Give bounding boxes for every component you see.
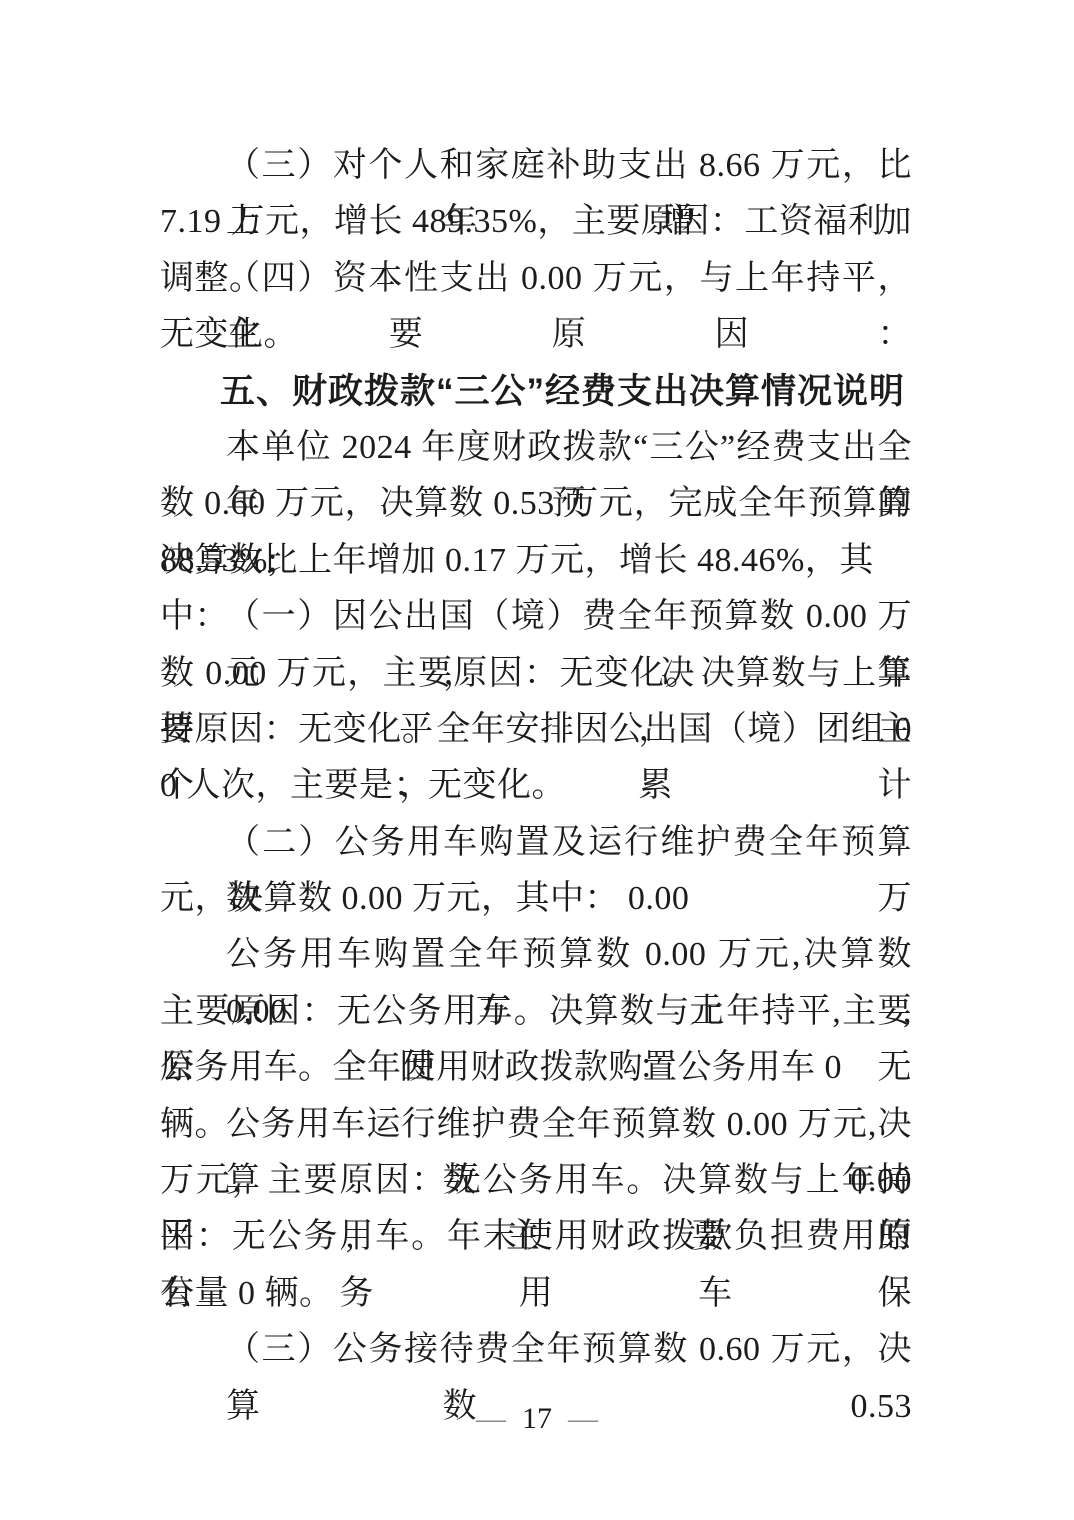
document-line: （一）因公出国（境）费全年预算数 0.00 万元，决算: [160, 589, 912, 645]
document-line: （四）资本性支出 0.00 万元，与上年持平，主要原因：: [160, 251, 912, 307]
document-line: 决算数比上年增加 0.17 万元，增长 48.46%，其中：: [160, 533, 912, 589]
document-line: （三）对个人和家庭补助支出 8.66 万元，比上年增加: [160, 138, 912, 194]
document-line: 公务用车购置全年预算数 0.00 万元,决算数 0.00 万元,: [160, 927, 912, 983]
document-line: 万元，主要原因：无公务用车。决算数与上年持平,主要原: [160, 1153, 912, 1209]
page-number: 17: [522, 1402, 552, 1435]
footer-right-dash: —: [568, 1402, 598, 1435]
document-line: 公务用车运行维护费全年预算数 0.00 万元,决算数 0.00: [160, 1097, 912, 1153]
document-line: 数 0.60 万元，决算数 0.53 万元，完成全年预算的 88.53%;: [160, 476, 912, 532]
document-line: 公务用车。全年使用财政拨款购置公务用车 0 辆。: [160, 1040, 912, 1096]
document-page: （三）对个人和家庭补助支出 8.66 万元，比上年增加7.19 万元，增长 48…: [0, 0, 1074, 1520]
document-line: （三）公务接待费全年预算数 0.60 万元，决算数 0.53: [160, 1322, 912, 1378]
document-body: （三）对个人和家庭补助支出 8.66 万元，比上年增加7.19 万元，增长 48…: [160, 138, 912, 1379]
document-line: （二）公务用车购置及运行维护费全年预算数 0.00 万: [160, 815, 912, 871]
document-line: 要原因：无变化。全年安排因公出国（境）团组 0 个，累计: [160, 702, 912, 758]
document-line: 因：无公务用车。年末使用财政拨款负担费用的公务用车保: [160, 1209, 912, 1265]
document-line: 主要原因：无公务用车。决算数与上年持平,主要原因：无: [160, 984, 912, 1040]
document-line: 数 0.00 万元，主要原因：无变化。决算数与上年持平，主: [160, 646, 912, 702]
footer-left-dash: —: [476, 1402, 506, 1435]
document-line: 本单位 2024 年度财政拨款“三公”经费支出全年预算: [160, 420, 912, 476]
document-line: 7.19 万元，增长 489.35%，主要原因：工资福利调整。: [160, 194, 912, 250]
section-heading: 五、财政拨款“三公”经费支出决算情况说明: [160, 364, 912, 420]
page-footer: —17—: [0, 1402, 1074, 1436]
